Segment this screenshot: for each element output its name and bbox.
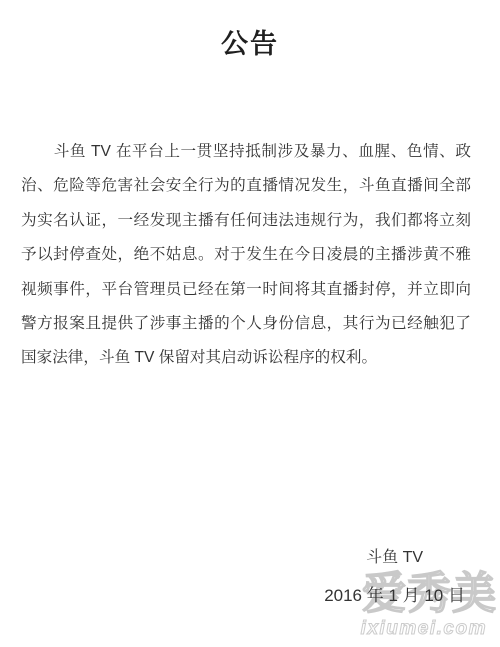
signature-block: 斗鱼 TV 2016 年 1 月 10 日 (324, 548, 465, 606)
announcement-page: 公告 斗鱼 TV 在平台上一贯坚持抵制涉及暴力、血腥、色情、政 治、危险等危害社… (0, 0, 500, 647)
body-line: 视频事件，平台管理员已经在第一时间将其直播封停，并立即向 (21, 273, 471, 307)
body-line: 警方报案且提供了涉事主播的个人身份信息，其行为已经触犯了 (21, 307, 471, 341)
announcement-title: 公告 (0, 22, 500, 61)
body-line: 予以封停查处，绝不姑息。对于发生在今日凌晨的主播涉黄不雅 (21, 238, 471, 272)
body-line: 斗鱼 TV 在平台上一贯坚持抵制涉及暴力、血腥、色情、政 (21, 135, 471, 169)
signature-date: 2016 年 1 月 10 日 (324, 586, 465, 606)
watermark-url: ixiumei.com (361, 620, 487, 638)
body-line: 治、危险等危害社会安全行为的直播情况发生，斗鱼直播间全部 (21, 169, 471, 203)
signature-name: 斗鱼 TV (324, 548, 465, 568)
body-line: 为实名认证，一经发现主播有任何违法违规行为，我们都将立刻 (21, 204, 471, 238)
body-line: 国家法律，斗鱼 TV 保留对其启动诉讼程序的权利。 (21, 341, 471, 375)
announcement-body: 斗鱼 TV 在平台上一贯坚持抵制涉及暴力、血腥、色情、政 治、危险等危害社会安全… (21, 135, 471, 376)
